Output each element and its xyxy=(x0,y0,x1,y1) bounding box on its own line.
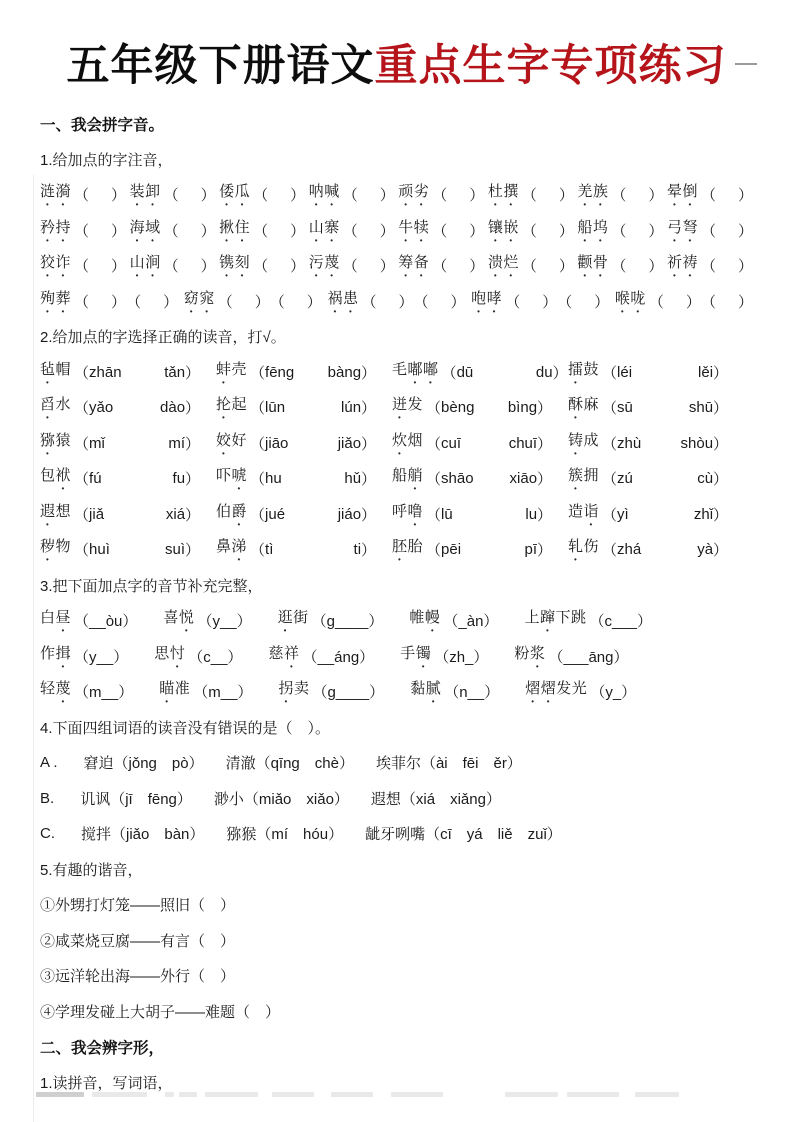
word: 装卸 xyxy=(130,180,161,209)
char: 浆 xyxy=(530,642,546,671)
word-item: 擂鼓（léilěi） xyxy=(568,358,744,387)
syllable-hint: （___āng） xyxy=(548,646,628,667)
word-item: 渺小（miǎo xiǎo） xyxy=(214,788,349,809)
choice-pair: huìsuì xyxy=(89,541,185,558)
word: 蚌壳 xyxy=(216,358,247,387)
word: 秽物 xyxy=(40,535,71,564)
word: 瞄准 xyxy=(159,677,190,706)
char: 污 xyxy=(309,251,325,280)
word: 喉咙 xyxy=(615,287,646,316)
word-item: 白昼（__òu） xyxy=(40,606,137,635)
char: 喜 xyxy=(163,606,179,627)
pinyin-choices: （jiāojiǎo） xyxy=(250,433,376,454)
char: 颧 xyxy=(577,251,593,280)
syllable-hint: （y__） xyxy=(74,646,128,667)
char: 晕 xyxy=(667,180,683,209)
char: 葬 xyxy=(56,287,72,316)
char: 舀 xyxy=(40,393,56,422)
choice-row: 毡帽（zhāntǎn）蚌壳（fēngbàng）毛嘟嘟（dūdu）擂鼓（léilě… xyxy=(40,355,753,391)
word: 吓唬 xyxy=(216,464,247,493)
char: 嘟 xyxy=(408,358,424,387)
char: 族 xyxy=(593,180,609,209)
answer-blank: （） xyxy=(557,291,609,312)
word-item: 溃烂（） xyxy=(488,251,574,280)
answer-blank: （） xyxy=(611,220,663,241)
pinyin-option: huì xyxy=(89,541,110,558)
syllable-hint: （y__） xyxy=(197,610,251,631)
char: 艄 xyxy=(408,464,424,493)
word-item: 拐卖（g____） xyxy=(278,677,384,706)
answer-blank: （） xyxy=(126,291,178,312)
char: 咆 xyxy=(471,287,487,316)
word-item: 讥讽（jī fēng） xyxy=(80,788,192,809)
pinyin-option: lěi xyxy=(698,364,713,381)
word-item: 殉葬（）（） xyxy=(40,287,178,316)
char: 镯 xyxy=(416,642,432,671)
answer-blank: （） xyxy=(164,255,216,276)
word: 船艄 xyxy=(392,464,423,493)
char: 域 xyxy=(145,216,161,245)
word: 祸患 xyxy=(327,287,358,316)
word-item: 粉浆（___āng） xyxy=(514,642,628,671)
pinyin-choices: （dūdu） xyxy=(442,362,568,383)
word: 迸发 xyxy=(392,393,423,422)
word-item: 鼻涕（tìti） xyxy=(216,535,392,564)
word: 遐想 xyxy=(40,500,71,529)
char: 撰 xyxy=(503,180,519,209)
char: 想 xyxy=(56,500,72,521)
word-item: 酥麻（sūshū） xyxy=(568,393,744,422)
choice-pair: pēipī xyxy=(441,541,537,558)
char: 爵 xyxy=(232,500,248,529)
word-item: 姣好（jiāojiǎo） xyxy=(216,429,392,458)
char: 秽 xyxy=(40,535,56,564)
char: 壳 xyxy=(232,358,248,379)
char: 镶 xyxy=(488,216,504,245)
pinyin-option: pēi xyxy=(441,541,461,558)
char: 蚌 xyxy=(216,358,232,387)
pinyin-option: yǎo xyxy=(89,399,113,416)
char: 水 xyxy=(56,393,72,414)
word-item: 迸发（bèngbìng） xyxy=(392,393,568,422)
char: 牛 xyxy=(398,216,414,245)
word-item: 逛街（g____） xyxy=(278,606,384,635)
syllable-hint: （y_） xyxy=(590,681,636,702)
word-item: 遐想（jiǎxiá） xyxy=(40,500,216,529)
char: 涕 xyxy=(232,535,248,564)
word-item: 倭瓜（） xyxy=(219,180,305,209)
pinyin-option: jué xyxy=(265,506,285,523)
char: 光 xyxy=(572,677,588,698)
word-item: 船坞（） xyxy=(577,216,663,245)
char: 轧 xyxy=(568,535,584,564)
word-item: 牛犊（） xyxy=(398,216,484,245)
word-item: 呼噜（lūlu） xyxy=(392,500,568,529)
pinyin-option: tì xyxy=(265,541,273,558)
char: 抡 xyxy=(216,393,232,422)
char: 咙 xyxy=(630,287,646,316)
pinyin-choices: （yìzhǐ） xyxy=(602,504,728,525)
word-item: 思忖（c__） xyxy=(154,642,242,671)
pinyin-choices: （zháyà） xyxy=(602,539,728,560)
q2-pronunciation-choice-rows: 毡帽（zhāntǎn）蚌壳（fēngbàng）毛嘟嘟（dūdu）擂鼓（léilě… xyxy=(40,355,753,568)
pinyin-option: mǐ xyxy=(89,435,105,452)
pinyin-option: léi xyxy=(617,364,632,381)
char: 诈 xyxy=(56,251,72,280)
pinyin-option: fēng xyxy=(265,364,294,381)
word-item: 秽物（huìsuì） xyxy=(40,535,216,564)
word-item: 祈祷（） xyxy=(667,251,753,280)
homophone-item: ③远洋轮出海——外行（ ） xyxy=(40,958,753,994)
answer-blank: （） xyxy=(361,291,413,312)
homophone-item: ②咸菜烧豆腐——有言（ ） xyxy=(40,923,753,959)
word: 伯爵 xyxy=(216,500,247,529)
char: 坞 xyxy=(593,216,609,245)
char: 造 xyxy=(568,500,584,521)
option-label: C. xyxy=(40,825,55,842)
syllable-row: 作揖（y__）思忖（c__）慈祥（__áng）手镯（zh_）粉浆（___āng） xyxy=(40,639,753,675)
word: 胚胎 xyxy=(392,535,423,564)
word: 喜悦 xyxy=(163,606,194,635)
choice-pair: bèngbìng xyxy=(441,399,537,416)
char: 拥 xyxy=(584,464,600,485)
char: 擂 xyxy=(568,358,584,387)
char: 卖 xyxy=(294,677,310,698)
word-item: 喉咙（）（） xyxy=(615,287,753,316)
syllable-hint: （g____） xyxy=(312,681,384,702)
char: 船 xyxy=(392,464,408,485)
pinyin-option: dào xyxy=(160,399,185,416)
word-item: 炊烟（cuīchuī） xyxy=(392,429,568,458)
scan-artifact-edge-line xyxy=(33,175,34,1122)
char: 伯 xyxy=(216,500,232,521)
word-item: 包袱（fúfu） xyxy=(40,464,216,493)
char: 胎 xyxy=(408,535,424,556)
char: 瓜 xyxy=(235,180,251,209)
char: 麻 xyxy=(584,393,600,414)
char: 弩 xyxy=(682,216,698,245)
pinyin-choices: （bèngbìng） xyxy=(426,397,552,418)
word: 污蔑 xyxy=(309,251,340,280)
char: 遐 xyxy=(40,500,56,529)
char: 杜 xyxy=(488,180,504,209)
char: 狡 xyxy=(40,251,56,280)
word: 粉浆 xyxy=(514,642,545,671)
char: 倒 xyxy=(682,180,698,209)
char: 鼓 xyxy=(584,358,600,379)
char: 蹿 xyxy=(540,606,556,635)
word-item: 帷幔（_àn） xyxy=(409,606,498,635)
char: 帽 xyxy=(56,358,72,379)
char: 哮 xyxy=(487,287,503,316)
word: 手镯 xyxy=(400,642,431,671)
q4-option-rows: A .窘迫（jǒng pò）清澈（qīng chè）埃菲尔（ài fēi ěr）… xyxy=(40,745,753,852)
word-item: 窘迫（jǒng pò） xyxy=(84,752,204,773)
pinyin-option: zhǐ xyxy=(694,506,713,523)
word-item: 熠熠发光（y_） xyxy=(525,677,636,706)
char: 吓 xyxy=(216,464,232,485)
char: 溃 xyxy=(488,251,504,280)
pinyin-option: sū xyxy=(617,399,633,416)
char: 粉 xyxy=(514,642,530,663)
pinyin-choices: （zhùshòu） xyxy=(602,433,728,454)
word-item: 轧伤（zháyà） xyxy=(568,535,744,564)
char: 幔 xyxy=(425,606,441,635)
word-item: 吓唬（huhǔ） xyxy=(216,464,392,493)
scan-artifact-cutoff-text xyxy=(36,1092,777,1097)
syllable-hint: （m__） xyxy=(193,681,252,702)
char: 顽 xyxy=(398,180,414,209)
char: 揖 xyxy=(56,642,72,671)
q2-label: 2.给加点的字选择正确的读音，打√。 xyxy=(40,319,753,355)
char: 跳 xyxy=(571,606,587,627)
word: 羌族 xyxy=(577,180,608,209)
word: 炊烟 xyxy=(392,429,423,458)
pinyin-choices: （zúcù） xyxy=(602,468,728,489)
answer-blank: （） xyxy=(701,291,753,312)
char: 殉 xyxy=(40,287,56,316)
word-item: 羌族（） xyxy=(577,180,663,209)
char: 姣 xyxy=(216,429,232,458)
char: 祷 xyxy=(682,251,698,280)
char: 蔑 xyxy=(56,677,72,706)
answer-blank: （） xyxy=(74,220,126,241)
char: 噜 xyxy=(408,500,424,529)
char: 喊 xyxy=(324,180,340,209)
answer-blank: （） xyxy=(701,184,753,205)
pinyin-choices: （jiǎxiá） xyxy=(74,504,200,525)
char: 轻 xyxy=(40,677,56,698)
syllable-row: 白昼（__òu）喜悦（y__）逛街（g____）帷幔（_àn）上蹿下跳（c___… xyxy=(40,603,753,639)
word-item: 黏腻（n__） xyxy=(410,677,499,706)
word-item: 作揖（y__） xyxy=(40,642,128,671)
pinyin-option: hǔ xyxy=(344,470,361,487)
word-item: 龇牙咧嘴（cī yá liě zuǐ） xyxy=(365,823,562,844)
word-item: 猕猴（mí hóu） xyxy=(226,823,343,844)
char: 祈 xyxy=(667,251,683,280)
char: 烂 xyxy=(503,251,519,280)
choice-pair: tìti xyxy=(265,541,361,558)
word: 帷幔 xyxy=(409,606,440,635)
word: 殉葬 xyxy=(40,287,71,316)
char: 酥 xyxy=(568,393,584,422)
pinyin-option: xiá xyxy=(166,506,185,523)
char: 起 xyxy=(232,393,248,414)
pinyin-choices: （fúfu） xyxy=(74,468,200,489)
notation-row: 矜持（）海域（）揪住（）山寨（）牛犊（）镶嵌（）船坞（）弓弩（） xyxy=(40,213,753,249)
answer-blank: （） xyxy=(343,220,395,241)
char: 迸 xyxy=(392,393,408,422)
word-item: 清澈（qīng chè） xyxy=(226,752,354,773)
char: 白 xyxy=(40,606,56,627)
pinyin-choices: （pēipī） xyxy=(426,539,552,560)
char: 拐 xyxy=(278,677,294,706)
char: 劣 xyxy=(414,180,430,209)
word-item: 毡帽（zhāntǎn） xyxy=(40,358,216,387)
notation-row: 狡诈（）山涧（）镌刻（）污蔑（）筹备（）溃烂（）颧骨（）祈祷（） xyxy=(40,248,753,284)
pinyin-option: fú xyxy=(89,470,102,487)
char: 烟 xyxy=(408,429,424,450)
word: 姣好 xyxy=(216,429,247,458)
char: 海 xyxy=(130,216,146,245)
word-item: 狡诈（） xyxy=(40,251,126,280)
word: 上蹿下跳 xyxy=(524,606,586,635)
char: 包 xyxy=(40,464,56,485)
char: 寨 xyxy=(324,216,340,245)
word-item: 山寨（） xyxy=(309,216,395,245)
char: 诣 xyxy=(584,500,600,529)
char: 手 xyxy=(400,642,416,663)
pinyin-option: ti xyxy=(354,541,362,558)
word-item: 埃菲尔（ài fēi ěr） xyxy=(376,752,522,773)
char: 倭 xyxy=(219,180,235,209)
word: 杜撰 xyxy=(488,180,519,209)
word: 舀水 xyxy=(40,393,71,422)
char: 作 xyxy=(40,642,56,663)
word: 狡诈 xyxy=(40,251,71,280)
word: 作揖 xyxy=(40,642,71,671)
char: 慈 xyxy=(268,642,284,663)
char: 毡 xyxy=(40,358,56,387)
pinyin-option: lún xyxy=(341,399,361,416)
word: 筹备 xyxy=(398,251,429,280)
choice-row: 遐想（jiǎxiá）伯爵（juéjiáo）呼噜（lūlu）造诣（yìzhǐ） xyxy=(40,497,753,533)
word: 轻蔑 xyxy=(40,677,71,706)
word-item: 猕猿（mǐmí） xyxy=(40,429,216,458)
word: 轧伤 xyxy=(568,535,599,564)
pinyin-choices: （tìti） xyxy=(250,539,376,560)
char: 熠 xyxy=(541,677,557,706)
pinyin-choices: （léilěi） xyxy=(602,362,728,383)
choice-pair: lūlu xyxy=(441,506,537,523)
word: 顽劣 xyxy=(398,180,429,209)
scan-artifact-dash xyxy=(735,63,757,65)
syllable-hint: （__áng） xyxy=(302,646,374,667)
word: 思忖 xyxy=(154,642,185,671)
word: 船坞 xyxy=(577,216,608,245)
notation-row: 涟漪（）装卸（）倭瓜（）呐喊（）顽劣（）杜撰（）羌族（）晕倒（） xyxy=(40,177,753,213)
choice-pair: zhāntǎn xyxy=(89,364,185,381)
pinyin-choices: （huìsuì） xyxy=(74,539,200,560)
pinyin-option: bìng xyxy=(508,399,537,416)
word-item: 手镯（zh_） xyxy=(400,642,488,671)
word-item: 簇拥（zúcù） xyxy=(568,464,744,493)
pinyin-option: zhān xyxy=(89,364,122,381)
pinyin-option: cuī xyxy=(441,435,461,452)
word: 牛犊 xyxy=(398,216,429,245)
word-item: 毛嘟嘟（dūdu） xyxy=(392,358,568,387)
word: 颧骨 xyxy=(577,251,608,280)
word: 矜持 xyxy=(40,216,71,245)
section-2-heading: 二、我会辨字形， xyxy=(40,1029,753,1065)
answer-blank: （） xyxy=(74,255,126,276)
char: 卸 xyxy=(145,180,161,209)
char: 备 xyxy=(414,251,430,280)
choice-row: 舀水（yǎodào）抡起（lūnlún）迸发（bèngbìng）酥麻（sūshū… xyxy=(40,390,753,426)
choice-pair: sūshū xyxy=(617,399,713,416)
pinyin-option: lu xyxy=(525,506,537,523)
pinyin-choices: （juéjiáo） xyxy=(250,504,376,525)
syllable-hint: （c__） xyxy=(188,646,242,667)
pinyin-option: chuī xyxy=(509,435,537,452)
q5-homophone-items: ①外甥打灯笼——照旧（ ）②咸菜烧豆腐——有言（ ）③远洋轮出海——外行（ ）④… xyxy=(40,887,753,1029)
word: 簇拥 xyxy=(568,464,599,493)
word-item: 船艄（shāoxiāo） xyxy=(392,464,568,493)
syllable-row: 轻蔑（m__）瞄准（m__）拐卖（g____）黏腻（n__）熠熠发光（y_） xyxy=(40,674,753,710)
word-item: 伯爵（juéjiáo） xyxy=(216,500,392,529)
choice-pair: jiǎxiá xyxy=(89,506,185,523)
pinyin-option: hu xyxy=(265,470,282,487)
word-item: 装卸（） xyxy=(130,180,216,209)
word-item: 咆哮（）（） xyxy=(471,287,609,316)
answer-blank: （） xyxy=(218,291,270,312)
char: 下 xyxy=(555,606,571,627)
pinyin-choices: （huhǔ） xyxy=(250,468,376,489)
char: 窈 xyxy=(184,287,200,316)
pinyin-option: dū xyxy=(457,364,474,381)
option-row: C.搅拌（jiǎo bàn）猕猴（mí hóu）龇牙咧嘴（cī yá liě z… xyxy=(40,816,753,852)
char: 毛 xyxy=(392,358,408,379)
char: 准 xyxy=(175,677,191,698)
word-item: 舀水（yǎodào） xyxy=(40,393,216,422)
word: 呐喊 xyxy=(309,180,340,209)
char: 袱 xyxy=(56,464,72,493)
answer-blank: （） xyxy=(253,184,305,205)
word-item: 颧骨（） xyxy=(577,251,663,280)
pinyin-choices: （lūlu） xyxy=(426,504,552,525)
q4-label: 4.下面四组词语的读音没有错误的是（ ）。 xyxy=(40,710,753,746)
char: 山 xyxy=(309,216,325,245)
word-item: 弓弩（） xyxy=(667,216,753,245)
char: 筹 xyxy=(398,251,414,280)
word-item: 矜持（） xyxy=(40,216,126,245)
answer-blank: （） xyxy=(505,291,557,312)
answer-blank: （） xyxy=(414,291,466,312)
char: 帷 xyxy=(409,606,425,627)
word: 镌刻 xyxy=(219,251,250,280)
word-item: 筹备（） xyxy=(398,251,484,280)
pinyin-choices: （fēngbàng） xyxy=(250,362,376,383)
answer-blank: （） xyxy=(611,255,663,276)
char: 弓 xyxy=(667,216,683,245)
char: 上 xyxy=(524,606,540,627)
word-item: 造诣（yìzhǐ） xyxy=(568,500,744,529)
q1-label: 1.给加点的字注音， xyxy=(40,142,753,178)
char: 呐 xyxy=(309,180,325,209)
answer-blank: （） xyxy=(522,220,574,241)
pinyin-choices: （yǎodào） xyxy=(74,397,200,418)
answer-blank: （） xyxy=(343,255,395,276)
word-item: 顽劣（） xyxy=(398,180,484,209)
pinyin-choices: （lūnlún） xyxy=(250,397,376,418)
char: 住 xyxy=(235,216,251,245)
pinyin-choices: （shāoxiāo） xyxy=(426,468,552,489)
word: 包袱 xyxy=(40,464,71,493)
char: 鼻 xyxy=(216,535,232,556)
char: 骨 xyxy=(593,251,609,280)
char: 船 xyxy=(577,216,593,245)
word: 铸成 xyxy=(568,429,599,458)
homophone-item: ④学理发碰上大胡子——难题（ ） xyxy=(40,994,753,1030)
char: 山 xyxy=(130,251,146,280)
word: 镶嵌 xyxy=(488,216,519,245)
answer-blank: （） xyxy=(432,184,484,205)
choice-pair: huhǔ xyxy=(265,470,361,487)
char: 胚 xyxy=(392,535,408,564)
word: 毛嘟嘟 xyxy=(392,358,439,387)
choice-pair: zhùshòu xyxy=(617,435,713,452)
word-item: 海域（） xyxy=(130,216,216,245)
